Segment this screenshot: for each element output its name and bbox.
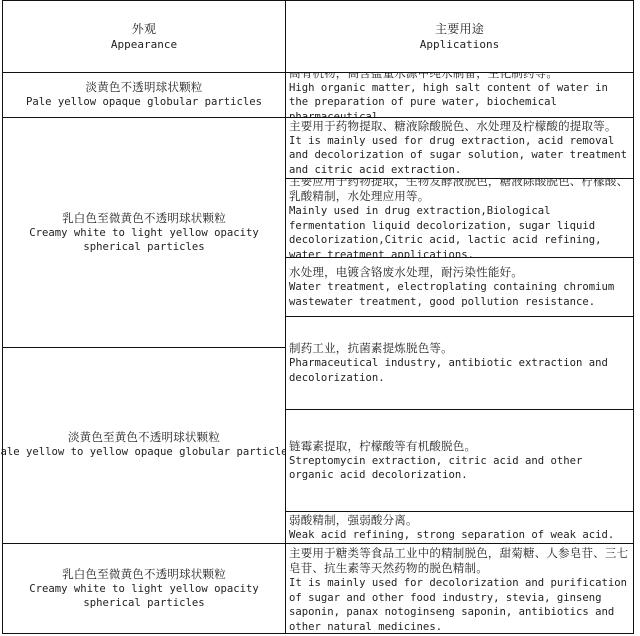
appearance-en: Pale yellow opaque globular particles xyxy=(26,95,262,110)
application-cell: 高有机物，高含盐量水源中纯水制备，生化制药等。 High organic mat… xyxy=(285,72,634,118)
application-zh: 高有机物，高含盐量水源中纯水制备，生化制药等。 xyxy=(289,72,633,81)
resin-properties-table: 外观 Appearance 主要用途 Applications 淡黄色不透明球状… xyxy=(2,0,634,634)
application-en: Streptomycin extraction, citric acid and… xyxy=(289,454,633,483)
appearance-cell: 淡黄色不透明球状颗粒 Pale yellow opaque globular p… xyxy=(2,72,286,118)
appearance-en: Pale yellow to yellow opaque globular pa… xyxy=(0,445,294,460)
application-zh: 水处理，电镀含铬废水处理，耐污染性能好。 xyxy=(289,265,633,280)
application-cell: 主要用于药物提取、糖液除酸脱色、水处理及柠檬酸的提取等。 It is mainl… xyxy=(285,117,634,179)
application-en: Weak acid refining, strong separation of… xyxy=(289,528,633,543)
application-cell: 主要应用于药物提取，生物发酵液脱色，糖液除酸脱色、柠檬酸、乳酸精制，水处理应用等… xyxy=(285,178,634,258)
header-applications-zh: 主要用途 xyxy=(435,21,484,37)
appearance-zh: 乳白色至微黄色不透明球状颗粒 xyxy=(62,211,226,226)
header-appearance-zh: 外观 xyxy=(132,21,156,37)
appearance-zh: 乳白色至微黄色不透明球状颗粒 xyxy=(62,567,226,582)
application-zh: 主要用于药物提取、糖液除酸脱色、水处理及柠檬酸的提取等。 xyxy=(289,119,633,134)
application-zh: 链霉素提取，柠檬酸等有机酸脱色。 xyxy=(289,439,633,454)
appearance-zh: 淡黄色至黄色不透明球状颗粒 xyxy=(68,430,220,445)
application-zh: 主要用于糖类等食品工业中的精制脱色，甜菊糖、人参皂苷、三七皂苷、抗生素等天然药物… xyxy=(289,546,633,576)
application-zh: 弱酸精制，强弱酸分离。 xyxy=(289,513,633,528)
application-cell: 制药工业，抗菌素提炼脱色等。 Pharmaceutical industry, … xyxy=(285,316,634,410)
appearance-cell: 淡黄色至黄色不透明球状颗粒 Pale yellow to yellow opaq… xyxy=(2,347,286,544)
application-cell: 主要用于糖类等食品工业中的精制脱色，甜菊糖、人参皂苷、三七皂苷、抗生素等天然药物… xyxy=(285,543,634,634)
application-cell: 水处理，电镀含铬废水处理，耐污染性能好。 Water treatment, el… xyxy=(285,257,634,317)
application-cell: 链霉素提取，柠檬酸等有机酸脱色。 Streptomycin extraction… xyxy=(285,409,634,512)
appearance-cell: 乳白色至微黄色不透明球状颗粒 Creamy white to light yel… xyxy=(2,543,286,634)
appearance-en: Creamy white to light yellow opacity sph… xyxy=(5,226,283,255)
appearance-en: Creamy white to light yellow opacity sph… xyxy=(5,582,283,611)
header-applications-en: Applications xyxy=(420,37,499,53)
appearance-cell: 乳白色至微黄色不透明球状颗粒 Creamy white to light yel… xyxy=(2,117,286,348)
application-en: High organic matter, high salt content o… xyxy=(289,81,633,118)
header-applications: 主要用途 Applications xyxy=(285,0,634,73)
header-appearance-en: Appearance xyxy=(111,37,177,53)
header-appearance: 外观 Appearance xyxy=(2,0,286,73)
application-en: Pharmaceutical industry, antibiotic extr… xyxy=(289,356,633,385)
application-en: It is mainly used for drug extraction, a… xyxy=(289,134,633,178)
application-zh: 主要应用于药物提取，生物发酵液脱色，糖液除酸脱色、柠檬酸、乳酸精制，水处理应用等… xyxy=(289,178,633,204)
application-cell: 弱酸精制，强弱酸分离。 Weak acid refining, strong s… xyxy=(285,511,634,544)
application-en: It is mainly used for decolorization and… xyxy=(289,576,633,634)
application-en: Water treatment, electroplating containi… xyxy=(289,280,633,309)
application-zh: 制药工业，抗菌素提炼脱色等。 xyxy=(289,341,633,356)
appearance-zh: 淡黄色不透明球状颗粒 xyxy=(86,80,203,95)
application-en: Mainly used in drug extraction,Biologica… xyxy=(289,204,633,258)
